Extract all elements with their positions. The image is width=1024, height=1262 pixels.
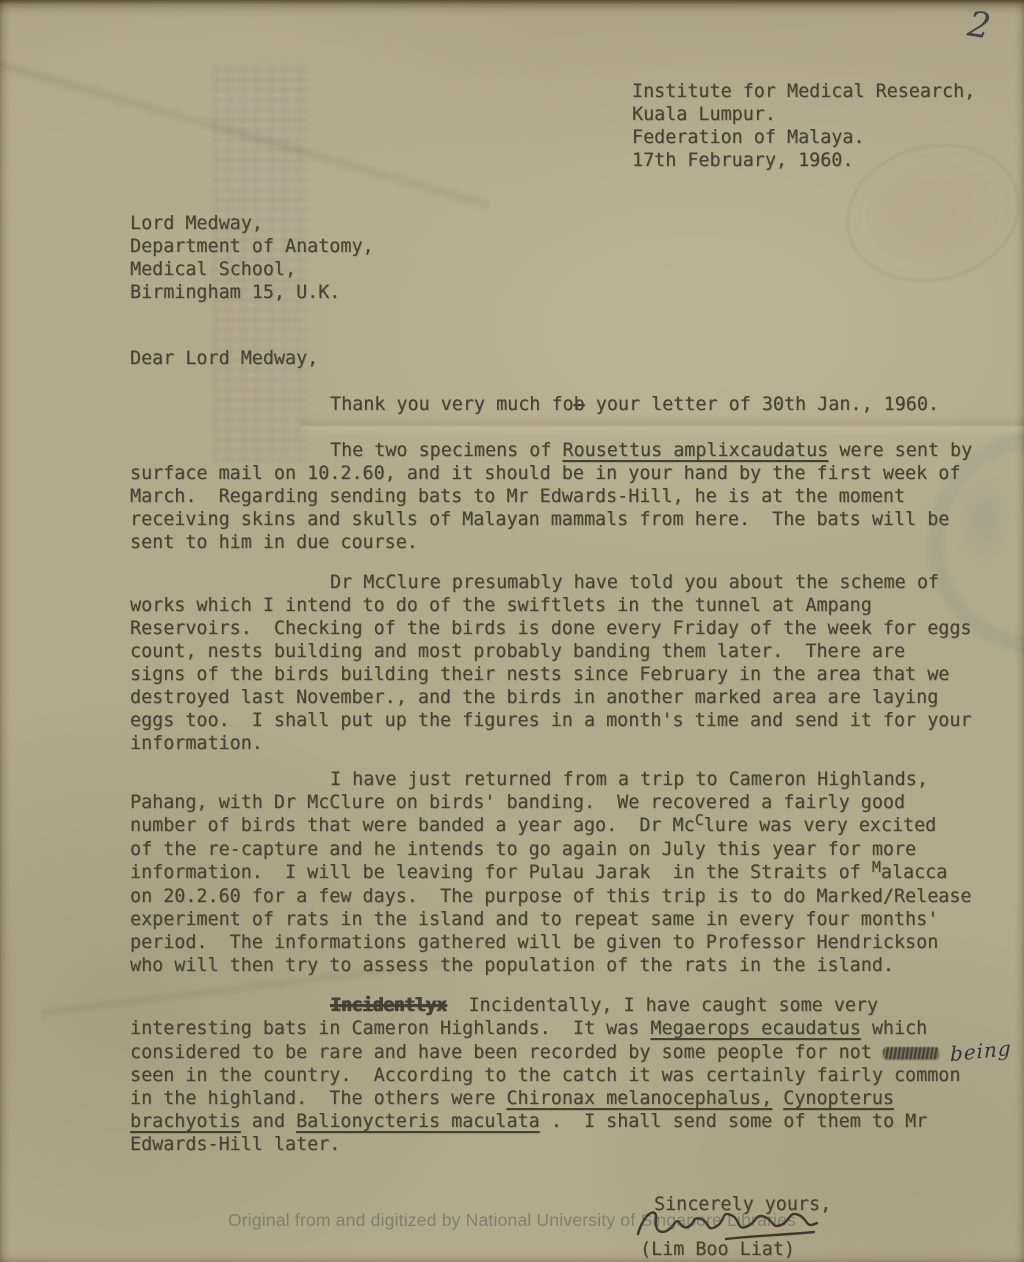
text-segment: experiment of rats in the island and to … [130, 909, 938, 930]
text-line: receiving skins and skulls of Malayan ma… [130, 508, 972, 531]
text-segment: in the highland. The others were [130, 1088, 506, 1109]
letterhead: Institute for Medical Research,Kuala Lum… [632, 80, 975, 172]
scanned-letter-page: 2 Institute for Medical Research,Kuala L… [0, 0, 1024, 1262]
text-line: count, nests building and most probably … [130, 640, 971, 663]
text-segment: sent to him in due course. [130, 532, 418, 553]
text-segment: count, nests building and most probably … [130, 641, 905, 662]
text-line: period. The informations gathered will b… [130, 931, 971, 954]
text-line: eggs too. I shall put up the figures in … [130, 709, 971, 732]
paper-crease [300, 414, 1024, 436]
text-line: information. [130, 732, 971, 755]
text-segment: C [695, 811, 704, 829]
text-line: March. Regarding sending bats to Mr Edwa… [130, 485, 972, 508]
text-line: Incidentlyx Incidentally, I have caught … [330, 994, 1012, 1017]
text-segment: lure was very excited [704, 815, 937, 836]
text-segment: who will then try to assess the populati… [130, 955, 894, 976]
text-segment: Megaerops ecaudatus [650, 1018, 860, 1039]
text-line: Lord Medway, [130, 212, 374, 235]
text-segment: The two specimens of [330, 440, 563, 461]
paragraph-specimens: The two specimens of Rousettus amplixcau… [130, 439, 972, 554]
text-segment: Dr McClure presumably have told you abou… [330, 572, 939, 593]
text-segment: Chironax melanocephalus, [506, 1088, 772, 1109]
text-segment: period. The informations gathered will b… [130, 932, 938, 953]
text-line: of the re-capture and he intends to go a… [130, 838, 971, 861]
text-segment: alacca [881, 862, 947, 883]
text-segment: which [861, 1018, 927, 1039]
text-segment: interesting bats in Cameron Highlands. I… [130, 1018, 650, 1039]
paragraph-swiftlets: Dr McClure presumably have told you abou… [130, 571, 971, 755]
text-segment: Incidentlyx [330, 995, 446, 1016]
text-segment: Balionycteris maculata [296, 1111, 540, 1132]
text-segment: Rousettus amplixcaudatus [563, 440, 829, 461]
text-segment: I have just returned from a trip to Came… [330, 769, 928, 790]
text-segment: were sent by [828, 440, 972, 461]
scribbled-out-word [883, 1047, 939, 1059]
text-segment: signs of the birds building their nests … [130, 664, 949, 685]
recipient-address: Lord Medway,Department of Anatomy,Medica… [130, 212, 374, 304]
text-segment: on 20.2.60 for a few days. The purpose o… [130, 886, 971, 907]
text-line: information. I will be leaving for Pulau… [130, 861, 971, 885]
text-line: interesting bats in Cameron Highlands. I… [130, 1017, 1012, 1040]
text-line: Department of Anatomy, [130, 235, 374, 258]
text-line: Thank you very much fob your letter of 3… [330, 393, 939, 416]
text-line: Pahang, with Dr McClure on birds' bandin… [130, 791, 971, 814]
text-line: signs of the birds building their nests … [130, 663, 971, 686]
text-segment: brachyotis [130, 1111, 241, 1132]
text-segment: number of birds that were banded a year … [130, 815, 695, 836]
text-segment: M [872, 858, 881, 876]
text-line: sent to him in due course. [130, 531, 972, 554]
text-segment [939, 1042, 950, 1063]
text-line: Federation of Malaya. [632, 126, 975, 149]
digitization-watermark: Original from and digitized by National … [0, 1210, 1024, 1231]
text-line: experiment of rats in the island and to … [130, 908, 971, 931]
text-segment: Pahang, with Dr McClure on birds' bandin… [130, 792, 905, 813]
text-line: brachyotis and Balionycteris maculata . … [130, 1110, 1012, 1133]
text-line: Edwards-Hill later. [130, 1133, 1012, 1156]
text-segment: Reservoirs. Checking of the birds is don… [130, 618, 971, 639]
text-line: works which I intend to do of the swiftl… [130, 594, 971, 617]
text-segment: Cynopterus [783, 1088, 894, 1109]
text-segment: works which I intend to do of the swiftl… [130, 595, 872, 616]
salutation-text: Dear Lord Medway, [130, 348, 318, 369]
text-segment: your letter of 30th Jan., 1960. [585, 394, 939, 415]
text-segment: Edwards-Hill later. [130, 1134, 340, 1155]
text-line: seen in the country. According to the ca… [130, 1064, 1012, 1087]
paragraph-cameron-trip: I have just returned from a trip to Came… [130, 768, 971, 977]
text-line: considered to be rare and have been reco… [130, 1040, 1012, 1064]
text-line: Institute for Medical Research, [632, 80, 975, 103]
text-line: in the highland. The others were Chirona… [130, 1087, 1012, 1110]
text-line: on 20.2.60 for a few days. The purpose o… [130, 885, 971, 908]
text-segment: considered to be rare and have been reco… [130, 1042, 883, 1063]
text-line: number of birds that were banded a year … [130, 814, 971, 838]
text-line: Medical School, [130, 258, 374, 281]
text-segment: receiving skins and skulls of Malayan ma… [130, 509, 949, 530]
text-line: who will then try to assess the populati… [130, 954, 971, 977]
text-line: surface mail on 10.2.60, and it should b… [130, 462, 972, 485]
text-line: I have just returned from a trip to Came… [330, 768, 971, 791]
text-segment: seen in the country. According to the ca… [130, 1065, 960, 1086]
salutation: Dear Lord Medway, [130, 347, 318, 370]
text-line: Birmingham 15, U.K. [130, 281, 374, 304]
text-segment: and [241, 1111, 296, 1132]
text-line: Kuala Lumpur. [632, 103, 975, 126]
text-segment: b [574, 394, 585, 415]
text-segment: information. [130, 733, 263, 754]
text-segment: Incidentally, I have caught some very [446, 995, 878, 1016]
text-line: 17th February, 1960. [632, 149, 975, 172]
text-line: The two specimens of Rousettus amplixcau… [330, 439, 972, 462]
text-segment: of the re-capture and he intends to go a… [130, 839, 916, 860]
text-segment: Thank you very much fo [330, 394, 574, 415]
text-segment: March. Regarding sending bats to Mr Edwa… [130, 486, 905, 507]
text-segment: . I shall send some of them to Mr [540, 1111, 928, 1132]
text-segment: information. I will be leaving for Pulau… [130, 862, 872, 883]
text-segment: surface mail on 10.2.60, and it should b… [130, 463, 960, 484]
handwritten-correction: being [950, 1037, 1011, 1067]
paragraph-bats: Incidentlyx Incidentally, I have caught … [130, 994, 1012, 1156]
paragraph-thanks: Thank you very much fob your letter of 3… [130, 393, 939, 416]
text-line: Reservoirs. Checking of the birds is don… [130, 617, 971, 640]
handwritten-page-number: 2 [965, 5, 993, 48]
text-line: Dr McClure presumably have told you abou… [330, 571, 971, 594]
text-segment [772, 1088, 783, 1109]
text-segment: eggs too. I shall put up the figures in … [130, 710, 971, 731]
handwritten-signature [630, 1198, 850, 1248]
text-line: destroyed last November., and the birds … [130, 686, 971, 709]
text-segment: destroyed last November., and the birds … [130, 687, 938, 708]
